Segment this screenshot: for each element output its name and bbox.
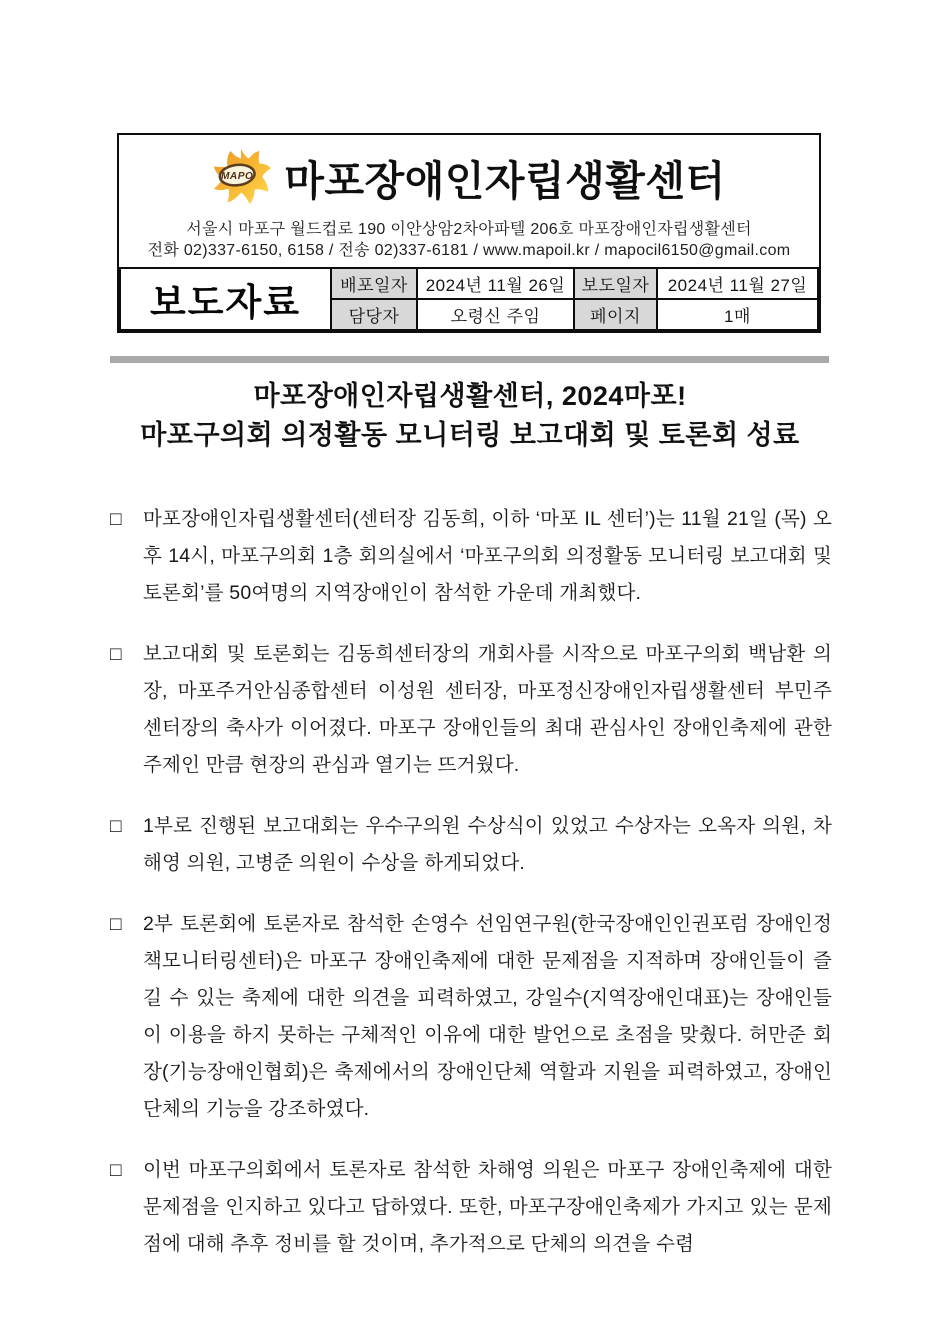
org-name: 마포장애인자립생활센터 [284, 148, 725, 207]
paragraph-3: □1부로 진행된 보고대회는 우수구의원 수상식이 있었고 수상자는 오옥자 의… [110, 808, 832, 882]
pages-label: 페이지 [574, 299, 657, 330]
paragraph-4: □2부 토론회에 토론자로 참석한 손영수 선임연구원(한국장애인인권포럼 장애… [110, 906, 832, 1128]
paragraph-2: □보고대회 및 토론회는 김동희센터장의 개회사를 시작으로 마포구의회 백남환… [110, 636, 832, 784]
brand-row: MAPO 마포장애인자립생활센터 [125, 144, 813, 210]
info-table: 보도자료 배포일자 2024년 11월 26일 보도일자 2024년 11월 2… [119, 267, 819, 331]
checkbox-bullet-icon: □ [110, 1152, 143, 1189]
paragraph-4-text: 2부 토론회에 토론자로 참석한 손영수 선임연구원(한국장애인인권포럼 장애인… [143, 913, 832, 1120]
checkbox-bullet-icon: □ [110, 636, 143, 673]
info-table-row-1: 보도자료 배포일자 2024년 11월 26일 보도일자 2024년 11월 2… [120, 268, 818, 299]
letterhead-top: MAPO 마포장애인자립생활센터 서울시 마포구 월드컵로 190 이안상암2차… [119, 135, 819, 267]
checkbox-bullet-icon: □ [110, 501, 143, 538]
paragraph-2-text: 보고대회 및 토론회는 김동희센터장의 개회사를 시작으로 마포구의회 백남환 … [143, 643, 832, 776]
paragraph-5: □이번 마포구의회에서 토론자로 참석한 차해영 의원은 마포구 장애인축제에 … [110, 1152, 832, 1263]
paragraph-1: □마포장애인자립생활센터(센터장 김동희, 이하 ‘마포 IL 센터’)는 11… [110, 501, 832, 612]
dispatch-date-label: 배포일자 [331, 268, 417, 299]
logo-text: MAPO [221, 171, 253, 182]
doc-type-label: 보도자료 [120, 268, 331, 330]
press-release-title: 마포장애인자립생활센터, 2024마포! 마포구의회 의정활동 모니터링 보고대… [96, 377, 844, 455]
press-release-page: MAPO 마포장애인자립생활센터 서울시 마포구 월드컵로 190 이안상암2차… [0, 0, 940, 1329]
mapo-logo-icon: MAPO [212, 146, 274, 208]
report-date-value: 2024년 11월 27일 [657, 268, 818, 299]
manager-label: 담당자 [331, 299, 417, 330]
checkbox-bullet-icon: □ [110, 808, 143, 845]
section-divider [110, 356, 829, 363]
letterhead-box: MAPO 마포장애인자립생활센터 서울시 마포구 월드컵로 190 이안상암2차… [117, 133, 821, 333]
report-date-label: 보도일자 [574, 268, 657, 299]
dispatch-date-value: 2024년 11월 26일 [417, 268, 574, 299]
letterhead-address: 서울시 마포구 월드컵로 190 이안상암2차아파텔 206호 마포장애인자립생… [125, 219, 813, 261]
title-line-2: 마포구의회 의정활동 모니터링 보고대회 및 토론회 성료 [96, 416, 844, 455]
paragraph-1-text: 마포장애인자립생활센터(센터장 김동희, 이하 ‘마포 IL 센터’)는 11월… [143, 508, 832, 604]
pages-value: 1매 [657, 299, 818, 330]
checkbox-bullet-icon: □ [110, 906, 143, 943]
title-line-1: 마포장애인자립생활센터, 2024마포! [96, 377, 844, 416]
body-text: □마포장애인자립생활센터(센터장 김동희, 이하 ‘마포 IL 센터’)는 11… [110, 501, 832, 1287]
manager-value: 오령신 주임 [417, 299, 574, 330]
paragraph-3-text: 1부로 진행된 보고대회는 우수구의원 수상식이 있었고 수상자는 오옥자 의원… [143, 815, 832, 874]
paragraph-5-text: 이번 마포구의회에서 토론자로 참석한 차해영 의원은 마포구 장애인축제에 대… [143, 1159, 832, 1255]
address-line-2: 전화 02)337-6150, 6158 / 전송 02)337-6181 / … [125, 240, 813, 261]
address-line-1: 서울시 마포구 월드컵로 190 이안상암2차아파텔 206호 마포장애인자립생… [125, 219, 813, 240]
